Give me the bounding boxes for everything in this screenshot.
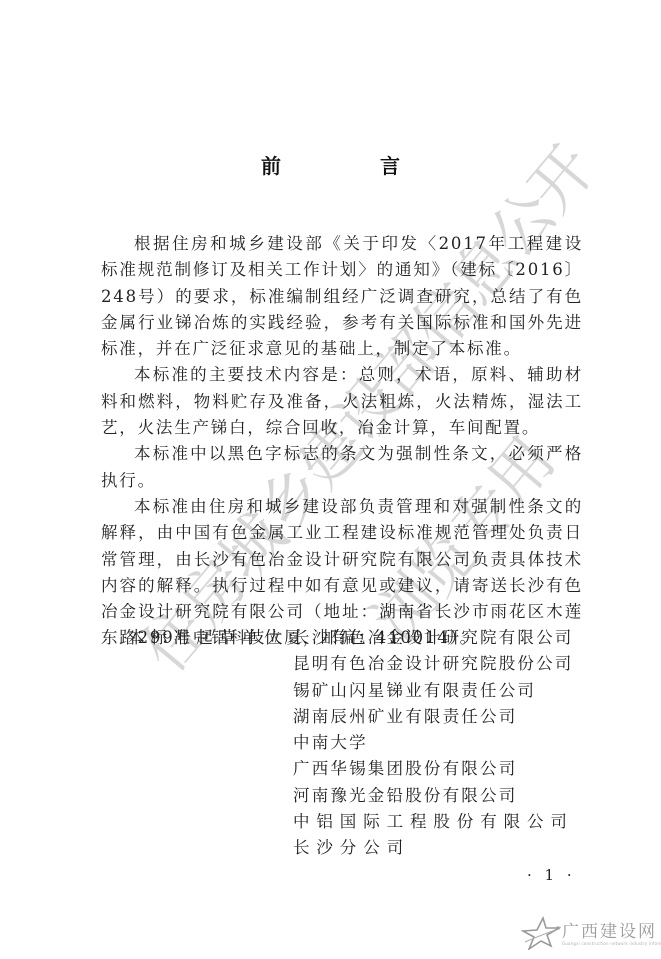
preface-body: 根据住房和城乡建设部《关于印发〈2017年工程建设标准规范制修订及相关工作计划〉… — [101, 231, 583, 652]
paragraph-basis: 根据住房和城乡建设部《关于印发〈2017年工程建设标准规范制修订及相关工作计划〉… — [101, 231, 583, 362]
drafting-unit: 河南豫光金铅股份有限公司 — [293, 783, 585, 809]
drafting-unit: 湖南辰州矿业有限责任公司 — [293, 704, 585, 730]
drafting-unit: 中南大学 — [293, 730, 585, 756]
page-number: · 1 · — [527, 866, 576, 884]
drafting-units-label: 本标准起草单位： — [128, 625, 310, 651]
page-title: 前 言 — [0, 150, 661, 179]
paragraph-technical-contents: 本标准的主要技术内容是：总则，术语，原料、辅助材料和燃料，物料贮存及准备，火法粗… — [101, 362, 583, 441]
star-logo-icon — [521, 916, 561, 950]
drafting-unit: 广西华锡集团股份有限公司 — [293, 756, 585, 782]
logo-subtitle: Guangxi construction network industry in… — [562, 941, 661, 946]
drafting-unit: 锡矿山闪星锑业有限责任公司 — [293, 678, 585, 704]
site-logo: 广西建设网 Guangxi construction network indus… — [521, 916, 661, 956]
drafting-unit: 长沙有色冶金设计研究院有限公司 — [293, 625, 585, 651]
drafting-unit: 昆明有色冶金设计研究院股份公司 — [293, 651, 585, 677]
drafting-unit: 中铝国际工程股份有限公司长沙分公司 — [293, 809, 585, 862]
logo-name: 广西建设网 — [562, 917, 657, 942]
paragraph-mandatory-clauses: 本标准中以黑色字标志的条文为强制性条文，必须严格执行。 — [101, 441, 583, 494]
drafting-units-list: 长沙有色冶金设计研究院有限公司 昆明有色冶金设计研究院股份公司 锡矿山闪星锑业有… — [293, 625, 585, 862]
